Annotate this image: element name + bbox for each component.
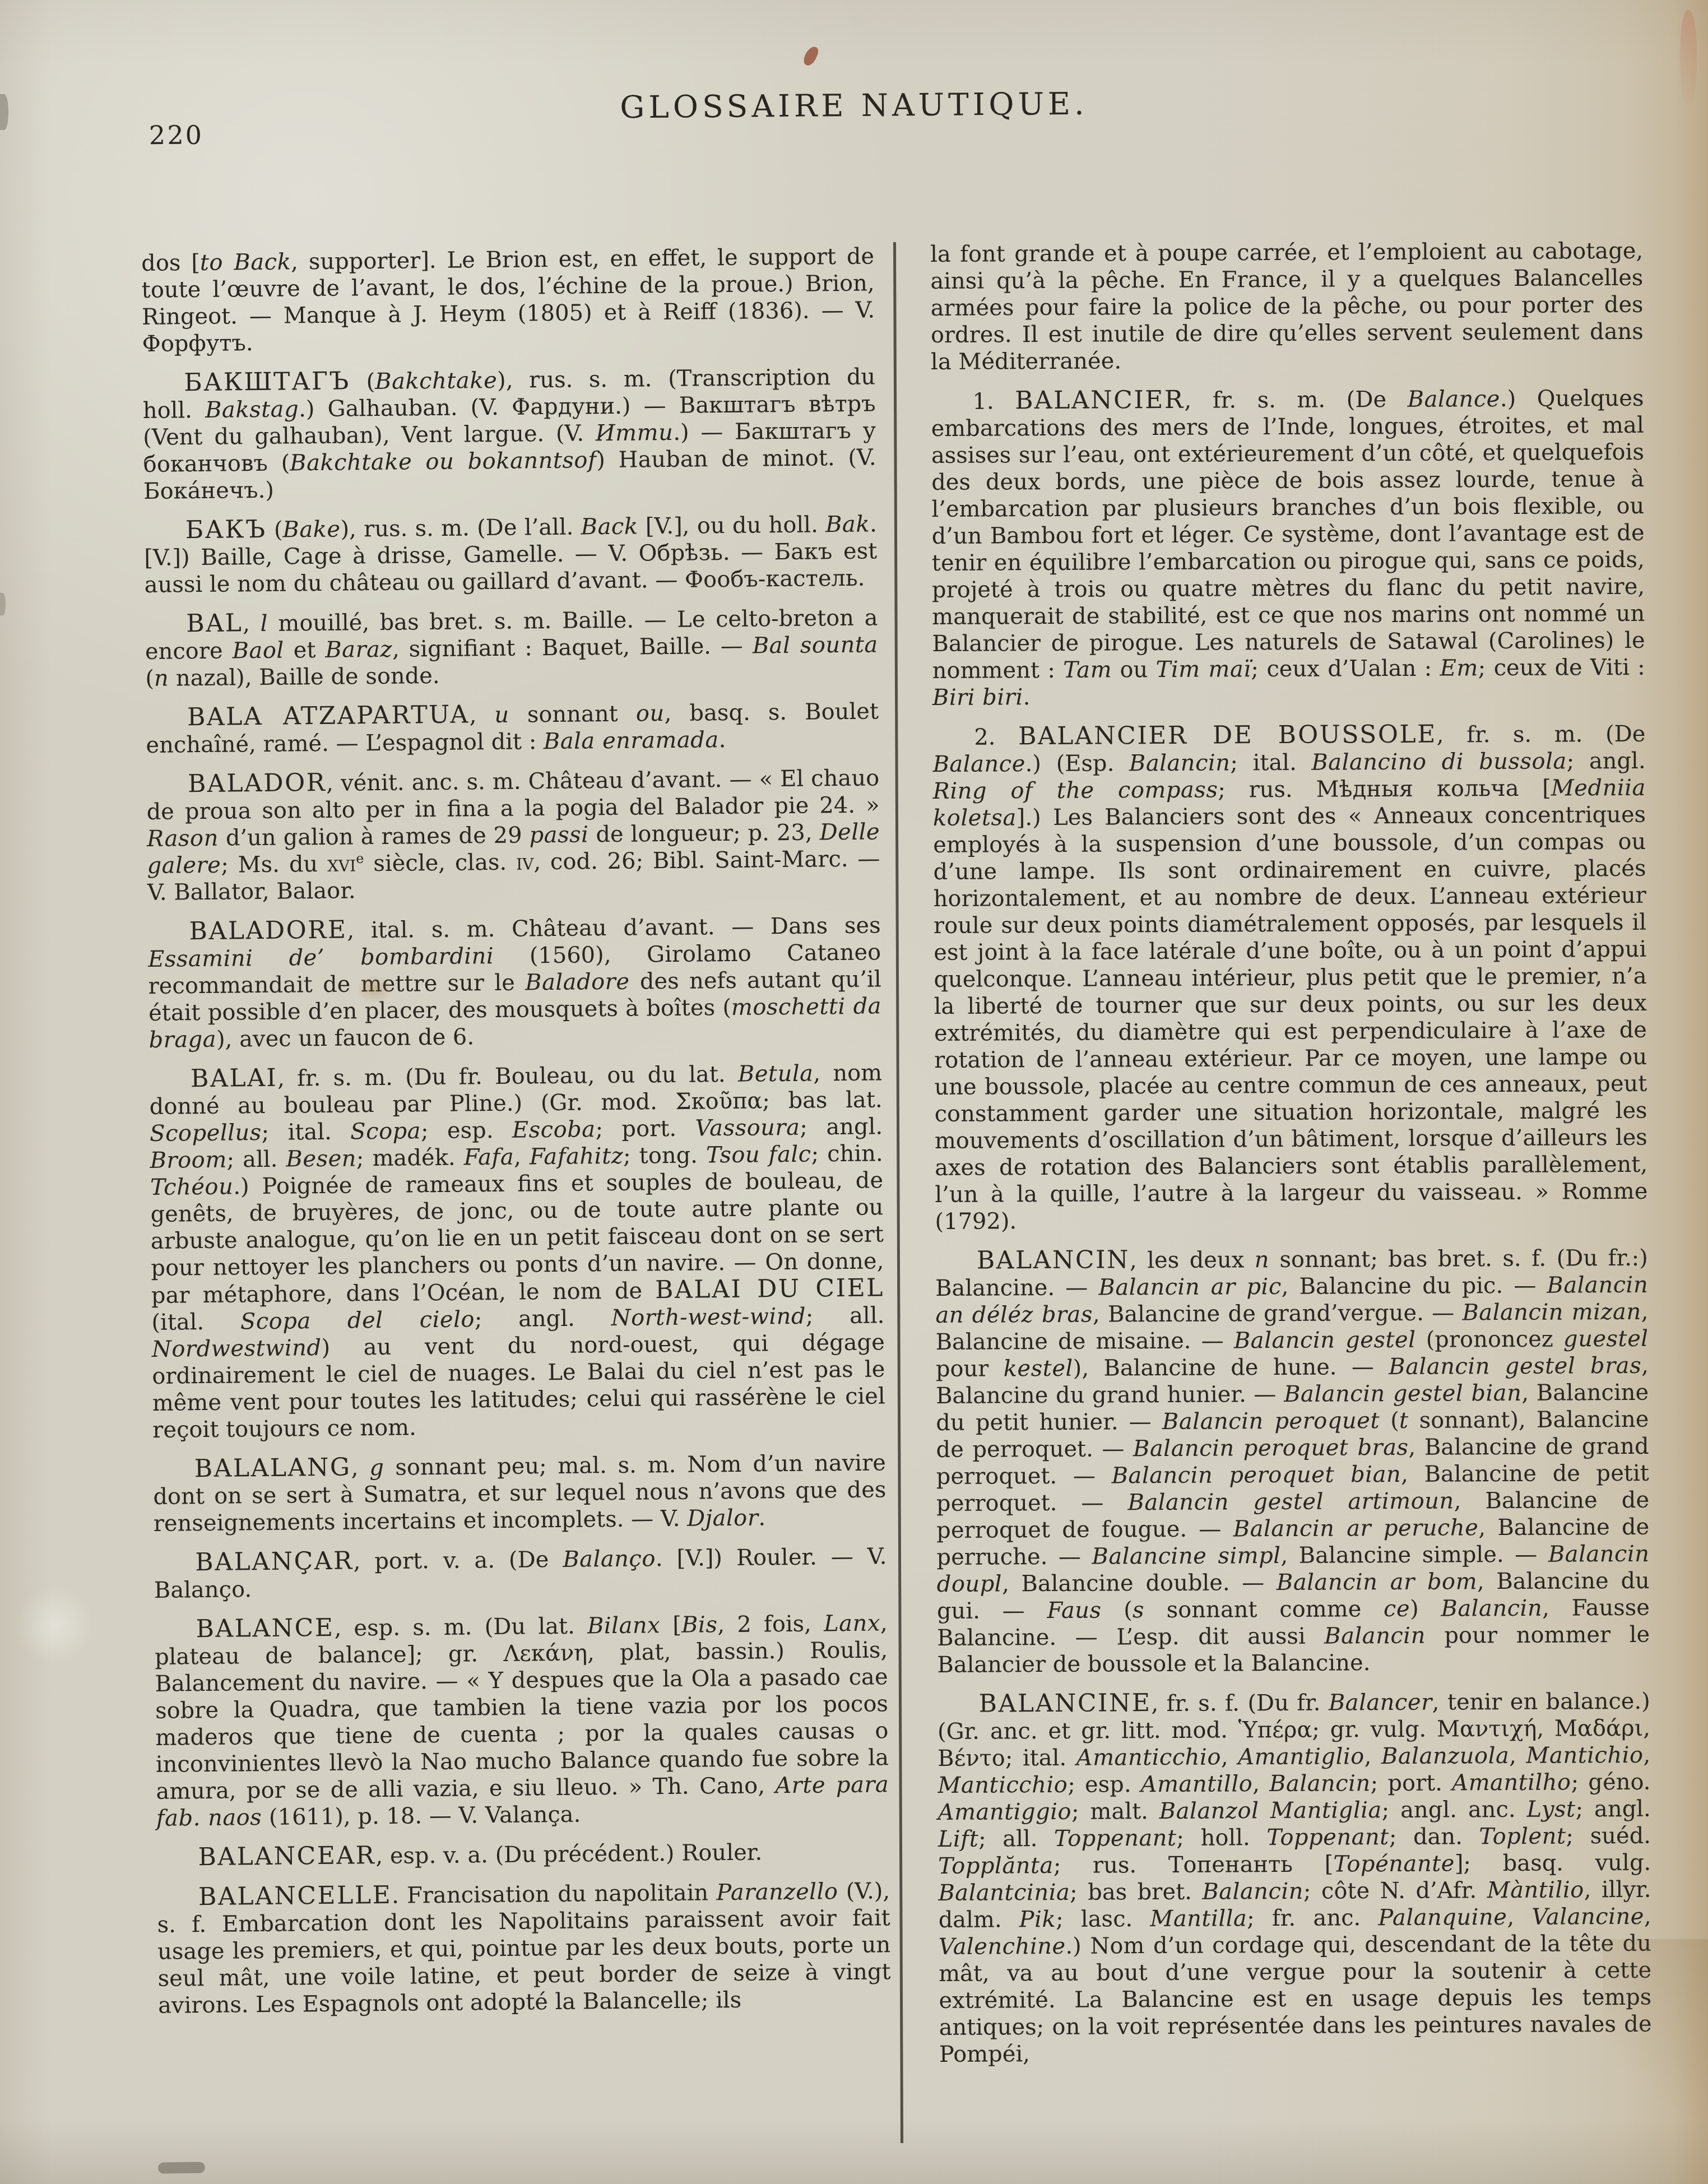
column-divider-rule [893, 242, 903, 2143]
glossary-entry: БАКШТАГЪ (Bakchtake), rus. s. m. (Transc… [142, 363, 876, 505]
glossary-entry: БАКЪ (Bake), rus. s. m. (De l’all. Back … [144, 510, 878, 599]
glossary-entry: dos [to Back, supporter]. Le Brion est, … [141, 243, 875, 358]
glossary-entry: BALADORE, ital. s. m. Château d’avant. —… [147, 911, 881, 1054]
paper-blemish [0, 593, 6, 615]
glossary-entry: BALA ATZAPARTUA, u sonnant ou, basq. s. … [146, 697, 879, 759]
glossary-entry: BALANCINE, fr. s. f. (Du fr. Balancer, t… [937, 1687, 1652, 2068]
paper-blemish [158, 2162, 205, 2173]
running-head: GLOSSAIRE NAUTIQUE. [0, 81, 1708, 130]
glossary-entry: la font grande et à poupe carrée, et l’e… [930, 238, 1644, 375]
column-left: dos [to Back, supporter]. Le Brion est, … [141, 243, 891, 2031]
paper-blemish [16, 1586, 94, 1664]
paper-blemish [802, 44, 820, 67]
glossary-entry: 1. BALANCIER, fr. s. m. (De Balance.) Qu… [931, 384, 1645, 711]
glossary-entry: 2. BALANCIER DE BOUSSOLE, fr. s. m. (De … [932, 720, 1647, 1235]
glossary-entry: BALAI, fr. s. m. (Du fr. Bouleau, ou du … [149, 1059, 885, 1444]
glossary-entry: BALALANG, g sonnant peu; mal. s. m. Nom … [153, 1449, 887, 1537]
glossary-entry: BALANÇAR, port. v. a. (De Balanço. [V.])… [154, 1542, 887, 1604]
glossary-entry: BALANCEAR, esp. v. a. (Du précédent.) Ro… [156, 1837, 889, 1872]
column-right: la font grande et à poupe carrée, et l’e… [930, 238, 1652, 2080]
glossary-entry: BALANCIN, les deux n sonnant; bas bret. … [935, 1244, 1650, 1678]
glossary-entry: BALANCELLE. Francisation du napolitain P… [157, 1877, 891, 2019]
glossary-entry: BALANCE, esp. s. m. (Du lat. Bilanx [Bis… [154, 1609, 889, 1832]
glossary-entry: BALADOR, vénit. anc. s. m. Château d’ava… [146, 764, 880, 906]
scanned-book-page: 220 GLOSSAIRE NAUTIQUE. dos [to Back, su… [0, 0, 1708, 2184]
glossary-entry: BAL, l mouillé, bas bret. s. m. Baille. … [145, 604, 878, 692]
